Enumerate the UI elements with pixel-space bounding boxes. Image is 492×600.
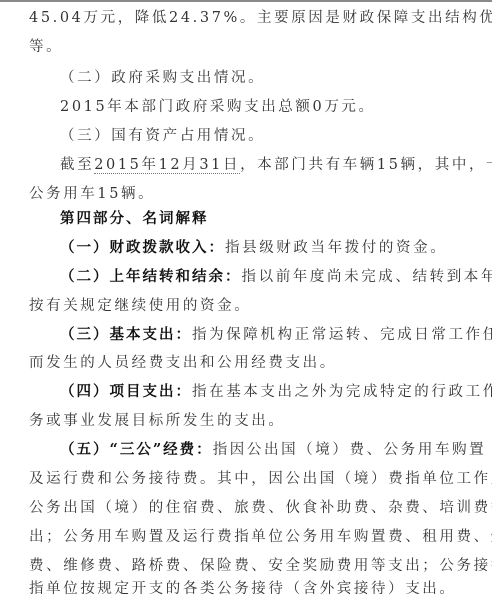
definition-line: 而发生的人员经费支出和公用经费支出。: [29, 353, 337, 373]
definition-line: 及运行费和公务接待费。其中，因公出国（境）费指单位工作人员: [29, 469, 492, 489]
definition-term: （二）上年结转和结余：: [60, 268, 242, 285]
paragraph-line: 公务用车15辆。: [29, 184, 155, 204]
definition-line: 务或事业发展目标所发生的支出。: [29, 411, 286, 431]
date-underlined: 2015年12月31日: [94, 157, 240, 174]
definition-line: （三）基本支出：指为保障机构正常运转、完成日常工作任务: [60, 325, 492, 345]
subheading-state-assets: （三）国有资产占用情况。: [60, 126, 265, 146]
definition-line: （二）上年结转和结余：指以前年度尚未完成、结转到本年度: [60, 267, 492, 287]
definition-line: 按有关规定继续使用的资金。: [29, 296, 251, 316]
definition-line: 费、维修费、路桥费、保险费、安全奖励费用等支出；公务接待费: [29, 556, 492, 576]
paragraph-line: 截至2015年12月31日，本部门共有车辆15辆，其中，一般: [60, 155, 492, 175]
definition-line: （五）“三公”经费：指因公出国（境）费、公务用车购置: [60, 440, 486, 460]
definition-text: 指县级财政当年拨付的资金。: [225, 240, 447, 256]
text-span: ，本部门共有车辆15辆，其中，一般: [240, 157, 492, 173]
definition-line: （四）项目支出：指在基本支出之外为完成特定的行政工作任: [60, 382, 492, 402]
definition-line: 公务出国（境）的住宿费、旅费、伙食补助费、杂费、培训费等支: [29, 498, 492, 518]
definition-line: （一）财政拨款收入：指县级财政当年拨付的资金。: [60, 238, 447, 258]
definition-term: （四）项目支出：: [60, 383, 192, 400]
paragraph-line: 等。: [29, 37, 63, 57]
definition-text: 指在基本支出之外为完成特定的行政工作任: [192, 384, 492, 400]
section-title: 第四部分、名词解释: [60, 209, 209, 229]
definition-term: （一）财政拨款收入：: [60, 239, 225, 256]
document-page: 45.04万元，降低24.37%。主要原因是财政保障支出结构优化调整 等。 （二…: [0, 2, 492, 600]
paragraph-line: 45.04万元，降低24.37%。主要原因是财政保障支出结构优化调整: [29, 8, 492, 28]
definition-line: 出；公务用车购置及运行费指单位公务用车购置费、租用费、燃料: [29, 527, 492, 547]
definition-text: 指因公出国（境）费、公务用车购置: [213, 442, 487, 458]
subheading-government-procurement: （二）政府采购支出情况。: [60, 68, 265, 88]
definition-text: 指为保障机构正常运转、完成日常工作任务: [192, 327, 492, 343]
definition-term: （五）“三公”经费：: [60, 441, 213, 458]
definition-text: 指以前年度尚未完成、结转到本年度: [242, 269, 492, 285]
paragraph-line: 2015年本部门政府采购支出总额0万元。: [60, 97, 376, 117]
text-span: 截至: [60, 157, 94, 173]
definition-term: （三）基本支出：: [60, 326, 192, 343]
definition-line: 指单位按规定开支的各类公务接待（含外宾接待）支出。: [29, 579, 457, 599]
